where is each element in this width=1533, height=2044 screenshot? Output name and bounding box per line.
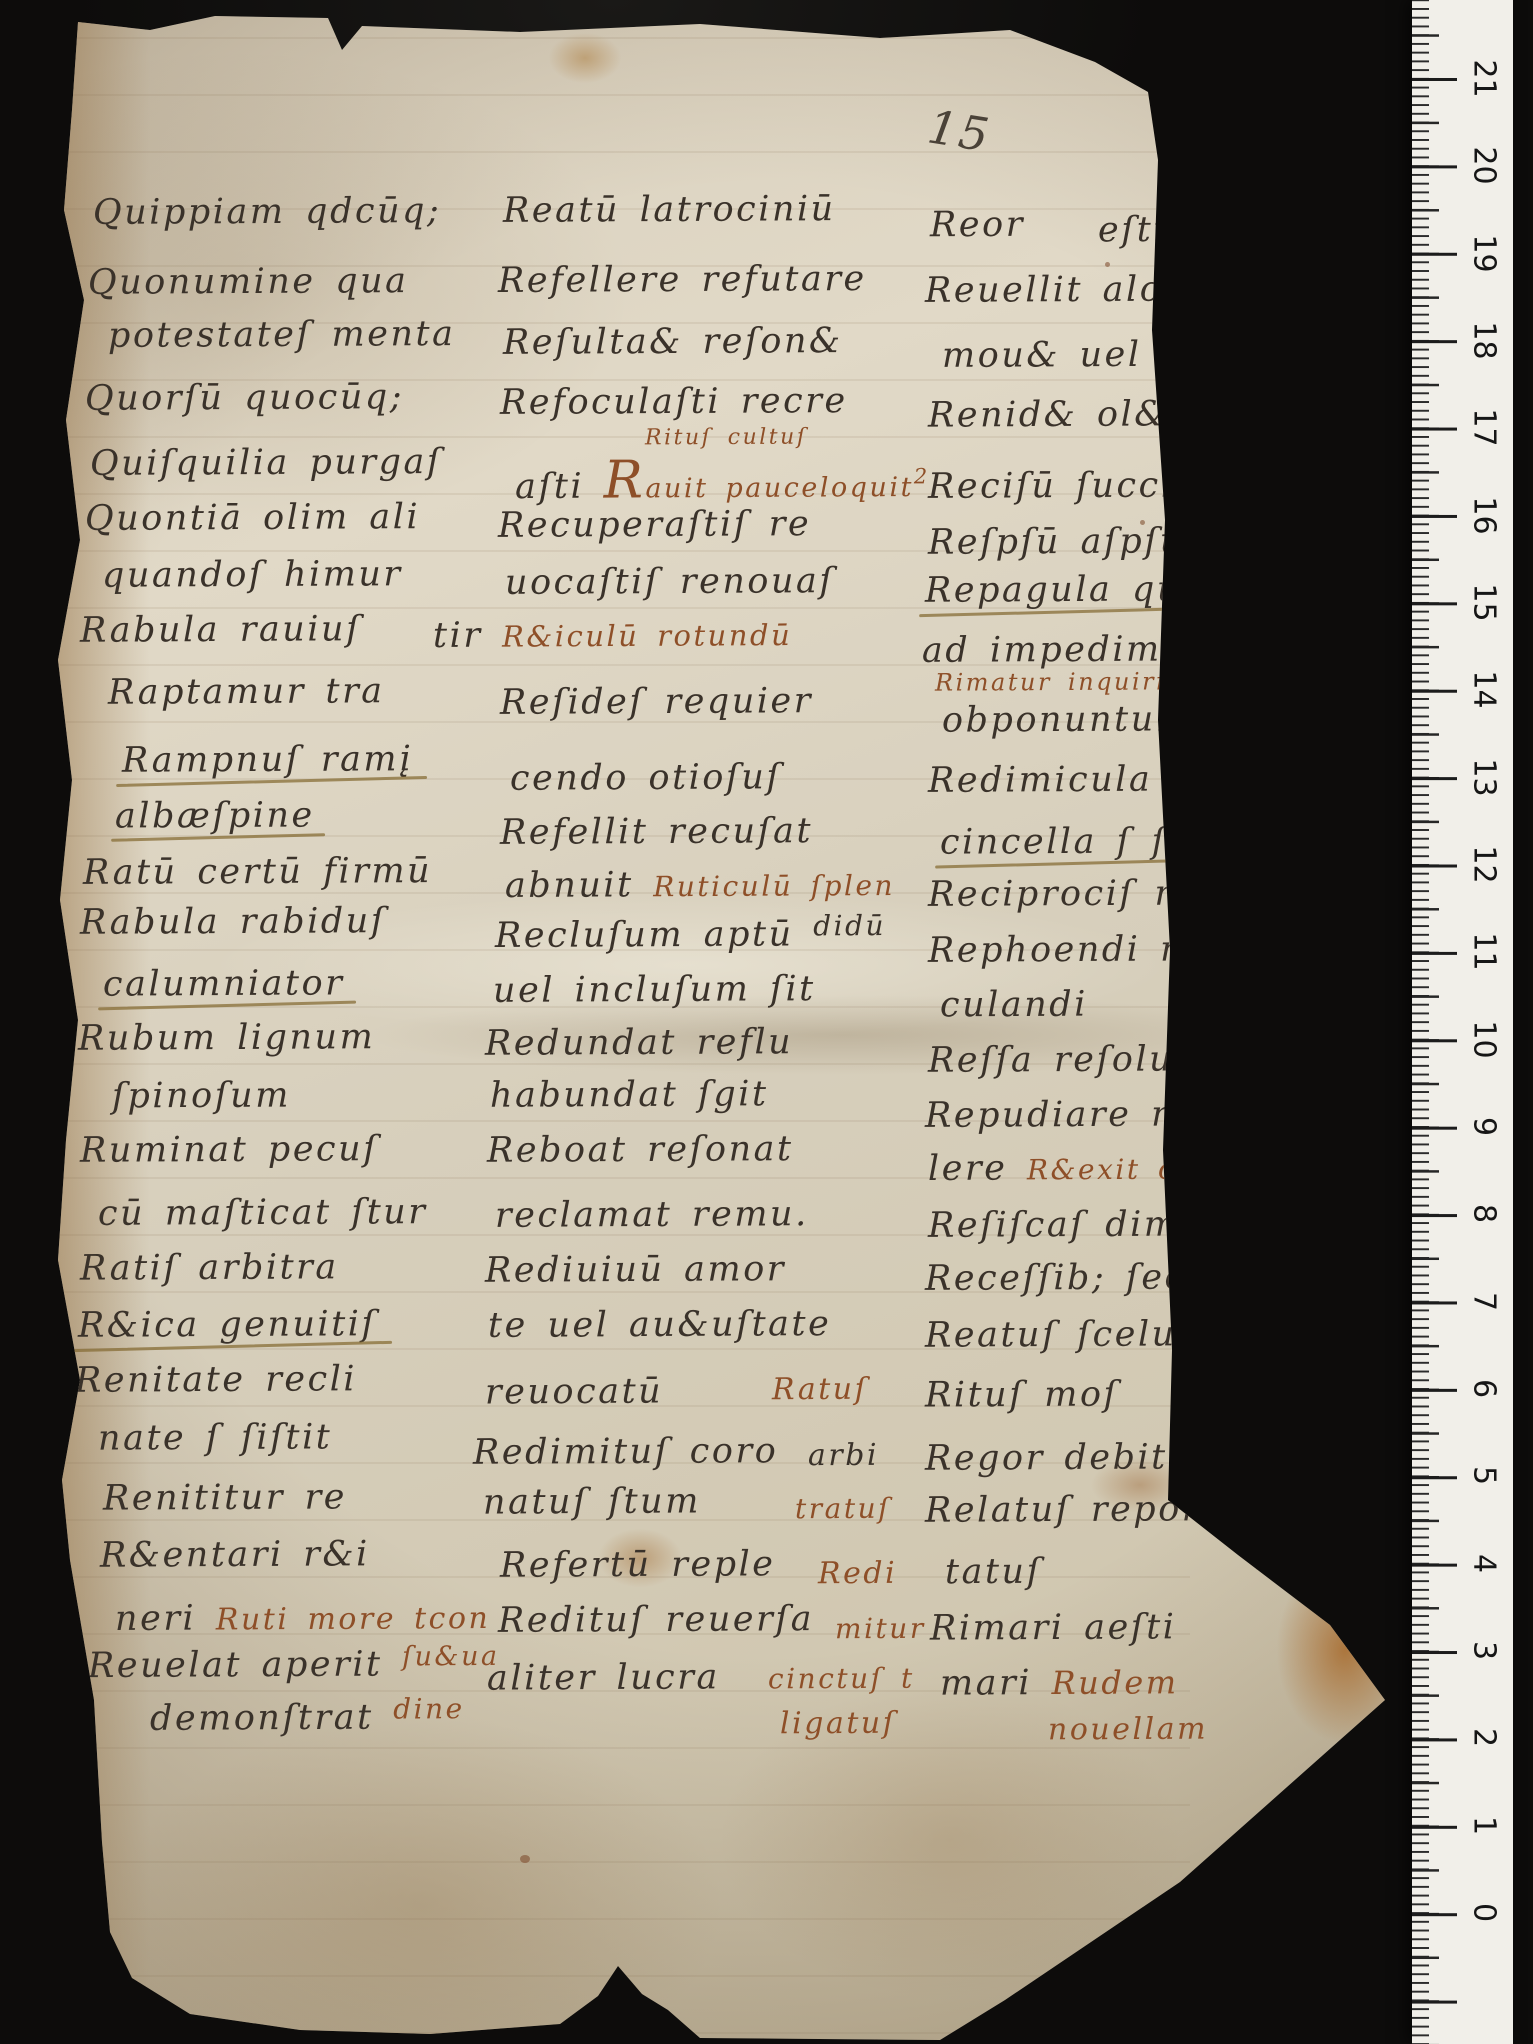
manuscript-text-line: Redimituſ coro [473, 1431, 778, 1473]
manuscript-text-line: reclamat remu. [495, 1194, 809, 1236]
ruler-number: 10 [1467, 1020, 1502, 1060]
manuscript-text-segment: Rimari aeſti [930, 1607, 1177, 1648]
manuscript-text-segment: arbi [808, 1438, 879, 1473]
ruler-number: 14 [1467, 670, 1502, 710]
manuscript-text-segment: obponuntur [942, 699, 1175, 740]
manuscript-text-segment: quandoſ himur [102, 554, 403, 596]
manuscript-text-line: Ruminat pecuſ [80, 1129, 379, 1171]
manuscript-text-segment: Refellere refutare [498, 259, 867, 301]
manuscript-text-segment: Renid& ol& [928, 394, 1168, 435]
manuscript-text-segment: Reuellit aloco re [925, 269, 1271, 311]
manuscript-text-segment: Reuelat aperit [88, 1644, 402, 1686]
manuscript-text-segment: Quippiam qdcūq; [93, 191, 441, 233]
manuscript-text-segment: culandi [940, 985, 1088, 1026]
stain-speck [1212, 905, 1219, 911]
manuscript-text-line: Refertū reple [500, 1544, 776, 1585]
manuscript-text-segment: Raptamur tra [108, 671, 385, 712]
ruler-number: 0 [1467, 1893, 1502, 1933]
manuscript-text-line: habundat ſgit [490, 1074, 769, 1115]
stain-speck [1247, 1312, 1255, 1319]
manuscript-text-line: Reor [930, 205, 1025, 245]
manuscript-text-segment: Repagula quae [925, 569, 1229, 611]
ruler-number: 20 [1467, 146, 1502, 186]
manuscript-text-line: Reboat reſonat [487, 1129, 794, 1171]
manuscript-text-segment: Reboat reſonat [487, 1129, 794, 1171]
manuscript-text-segment: Quontiā olim ali [85, 497, 420, 539]
manuscript-text-line: Reſulta& reſon& [503, 321, 843, 363]
manuscript-text-line: nouellam [1048, 1712, 1208, 1748]
manuscript-text-line: Reſiſcaſ dimittaſ [928, 1204, 1265, 1246]
manuscript-text-line: Ratū certū firmū [83, 851, 432, 893]
manuscript-text-segment: eſtimo [1098, 210, 1226, 251]
manuscript-text-segment: neri [115, 1598, 216, 1639]
manuscript-text-line: Rituſ moſ [925, 1374, 1119, 1415]
manuscript-text-line: Receſſib; ſecr&iſ [925, 1257, 1269, 1299]
manuscript-text-line: Renid& ol& [928, 394, 1168, 435]
manuscript-text-segment: Quonumine qua [88, 261, 409, 303]
manuscript-text-segment: Rudem [1052, 1663, 1179, 1702]
ruler-number: 3 [1467, 1631, 1502, 1671]
manuscript-text-segment: Regor debitor [925, 1437, 1211, 1478]
manuscript-text-segment: albæſpine [115, 795, 315, 836]
manuscript-text-segment: te uel au&uſtate [488, 1304, 831, 1346]
manuscript-text-segment: cendo otioſuſ [510, 757, 782, 798]
manuscript-text-segment: Redimituſ coro [473, 1431, 778, 1473]
manuscript-text-segment: Reciſū ſucciſum [928, 465, 1251, 507]
manuscript-text-line: Ratuſ [772, 1372, 868, 1408]
manuscript-text-line: quandoſ himur [102, 554, 403, 596]
manuscript-page: 15 Quippiam qdcūq;Quonumine quapotestate… [0, 0, 1533, 2044]
folio-number: 15 [924, 99, 994, 162]
manuscript-text-line: uel incluſum ſit [493, 969, 816, 1011]
manuscript-text-line: arbi [808, 1438, 879, 1473]
manuscript-text-line: Rimatur inquirit [935, 667, 1179, 696]
manuscript-text-line: Redituſ reuerſa [498, 1599, 814, 1641]
ruler-number: 7 [1467, 1282, 1502, 1322]
ruler-number: 2 [1467, 1718, 1502, 1758]
manuscript-text-line: Repudiare repel [925, 1094, 1256, 1136]
manuscript-text-segment: Rabula rabiduſ [80, 901, 386, 943]
manuscript-text-segment: habundat ſgit [490, 1074, 769, 1115]
manuscript-text-segment: tatuſ [945, 1552, 1042, 1593]
manuscript-text-line: reuocatū [485, 1372, 663, 1413]
ruler-number: 18 [1467, 321, 1502, 361]
ruler: 2120191817161514131211109876543210 [1412, 0, 1513, 2044]
manuscript-text-line: Reatuſ ſceluſ [925, 1314, 1192, 1355]
manuscript-text-segment: Redundat reflu [485, 1022, 793, 1064]
manuscript-text-segment: reuocatū [485, 1372, 663, 1413]
manuscript-text-segment: uel incluſum ſit [493, 969, 816, 1011]
ruler-number: 21 [1467, 59, 1502, 99]
ruler-number: 15 [1467, 583, 1502, 623]
manuscript-text-line: te uel au&uſtate [488, 1304, 831, 1346]
manuscript-text-segment: R [604, 450, 646, 510]
manuscript-text-segment: Rimatur inquirit [935, 667, 1179, 696]
manuscript-text-line: Rimari aeſti [930, 1607, 1177, 1648]
manuscript-text-line: Redi [818, 1556, 897, 1591]
manuscript-text-segment: nouellam [1048, 1712, 1208, 1748]
manuscript-text-line: aſti Rauit pauceloquit2 [515, 449, 930, 511]
manuscript-text-line: uocaſtiſ renouaſ [505, 561, 835, 603]
manuscript-text-segment: tir [433, 616, 502, 656]
manuscript-text-segment: Ratiſ arbitra [80, 1247, 339, 1288]
manuscript-text-segment: ad impedimenta [922, 629, 1250, 671]
ruler-ticks-cm [1412, 0, 1457, 2044]
manuscript-text-segment: demonſtrat [150, 1698, 393, 1739]
manuscript-text-line: Reciſū ſucciſum [928, 465, 1251, 507]
manuscript-text-segment: Reſulta& reſon& [503, 321, 843, 363]
manuscript-text-segment: Refellit recuſat [500, 811, 813, 853]
manuscript-text-segment: Reſſa reſoluta [928, 1039, 1214, 1080]
manuscript-text-line: tir R&iculū rotundū [433, 614, 792, 656]
manuscript-text-line: neri Ruti more tcon [115, 1597, 491, 1639]
manuscript-text-segment: uocaſtiſ renouaſ [505, 561, 835, 603]
ruler-number: 1 [1467, 1806, 1502, 1846]
manuscript-text-line: Renitate recli [75, 1359, 357, 1400]
manuscript-text-segment: Reatuſ ſceluſ [925, 1314, 1192, 1355]
manuscript-text-line: Raptamur tra [108, 671, 385, 712]
manuscript-text-segment: Rituſ moſ [925, 1374, 1119, 1415]
manuscript-text-segment: ſu&ua [402, 1641, 500, 1673]
ruler-number: 13 [1467, 758, 1502, 798]
manuscript-text-line: Rampnuſ ramį [122, 739, 413, 781]
manuscript-text-line: ſpinoſum [112, 1076, 291, 1117]
manuscript-text-line: Reſideſ requier [500, 681, 813, 723]
manuscript-text-line: Reatū latrociniū [503, 189, 836, 231]
manuscript-text-segment: Reor [930, 205, 1025, 245]
manuscript-text-line: Rituſ cultuſ [645, 425, 808, 451]
manuscript-text-line: natuſ ſtum [483, 1481, 701, 1522]
manuscript-text-segment: potestateſ menta [108, 314, 456, 356]
stain-speck [520, 1855, 530, 1863]
ruler-number: 4 [1467, 1544, 1502, 1584]
manuscript-text-segment: Refertū reple [500, 1544, 776, 1585]
manuscript-text-segment: Reſpſū aſpſum [928, 521, 1221, 563]
vertical-guide [1256, 170, 1258, 1570]
ruler-number: 19 [1467, 234, 1502, 274]
manuscript-text-line: Rabula rabiduſ [80, 901, 386, 943]
manuscript-text-segment: Refoculaſti recre [500, 381, 848, 423]
manuscript-text-segment: aſti [515, 467, 604, 507]
manuscript-text-line: Quonumine qua [88, 261, 409, 303]
manuscript-text-line: cinctuſ t [768, 1662, 915, 1696]
manuscript-text-line: Quorſū quocūq; [85, 377, 404, 419]
manuscript-text-segment: cinctuſ t [768, 1662, 915, 1696]
manuscript-text-line: Reſpſū aſpſum [928, 521, 1221, 563]
manuscript-text-line: Reciprociſ remiſ [928, 873, 1262, 915]
manuscript-text-segment: Receſſib; ſecr&iſ [925, 1257, 1269, 1299]
manuscript-text-segment: R&exit oſtendit [1027, 1152, 1289, 1186]
stain-speck [1105, 262, 1110, 267]
manuscript-text-segment: nate ſ ſiſtit [98, 1417, 333, 1458]
manuscript-text-line: albæſpine [115, 795, 315, 836]
manuscript-text-segment: dine [393, 1692, 465, 1725]
manuscript-text-line: Refoculaſti recre [500, 381, 848, 423]
manuscript-text-line: tratuſ [795, 1492, 891, 1526]
manuscript-text-segment: Renitate recli [75, 1359, 357, 1400]
manuscript-text-line: obponuntur [942, 699, 1175, 740]
manuscript-text-segment: Rampnuſ ramį [122, 739, 413, 781]
manuscript-text-segment: cū maſticat ſtur [98, 1192, 428, 1234]
manuscript-text-segment: lere [928, 1148, 1027, 1189]
manuscript-text-line: ad impedimenta [922, 629, 1250, 671]
manuscript-text-segment: Redimicula auri [928, 759, 1253, 801]
manuscript-text-line: Rubum lignum [78, 1017, 375, 1059]
ruler-number: 16 [1467, 496, 1502, 536]
manuscript-text-line: Quippiam qdcūq; [93, 191, 441, 233]
manuscript-text-line: Relatuſ repor [925, 1489, 1201, 1530]
manuscript-text-segment: Ruti more tcon [216, 1601, 491, 1637]
manuscript-text-line: abnuit Ruticulū ſplen [505, 864, 895, 906]
manuscript-text-segment: Quorſū quocūq; [85, 377, 404, 419]
manuscript-text-segment: Reſideſ requier [500, 681, 813, 723]
manuscript-text-segment: Redi [818, 1556, 897, 1591]
manuscript-text-line: tatuſ [945, 1552, 1042, 1593]
manuscript-text-line: ligatuſ [780, 1706, 896, 1742]
manuscript-text-segment: reclamat remu. [495, 1194, 809, 1236]
manuscript-text-segment: mitur [835, 1612, 926, 1645]
manuscript-text-line: calumniator [103, 963, 345, 1004]
manuscript-text-segment: ſpinoſum [112, 1076, 291, 1117]
manuscript-text-line: lere R&exit oſtendit [928, 1147, 1289, 1189]
manuscript-text-line: Reuelat aperit ſu&ua [88, 1644, 500, 1686]
manuscript-text-segment: Recuperaſtiſ re [498, 504, 811, 546]
manuscript-text-segment: Rediuiuū amor [485, 1249, 786, 1291]
manuscript-text-segment: Repudiare repel [925, 1094, 1256, 1136]
manuscript-text-segment: Reciprociſ remiſ [928, 873, 1262, 915]
manuscript-text-segment: auit pauceloquit [645, 472, 914, 504]
manuscript-text-line: Quiſquilia purgaſ [90, 442, 443, 484]
manuscript-text-segment: Ratuſ [772, 1372, 868, 1408]
manuscript-text-line: R&ica genuitiſ [78, 1304, 377, 1346]
manuscript-text-line: potestateſ menta [108, 314, 456, 356]
manuscript-text-line: R&entari r&i [100, 1534, 370, 1575]
manuscript-text-line: Renititur re [103, 1477, 347, 1518]
manuscript-text-line: Rediuiuū amor [485, 1249, 786, 1291]
manuscript-text-line: Regor debitor [925, 1437, 1211, 1478]
ruler-number: 9 [1467, 1107, 1502, 1147]
manuscript-text-segment: R&entari r&i [100, 1534, 370, 1575]
manuscript-text-line: cendo otioſuſ [510, 757, 782, 798]
manuscript-text-segment: aliter lucra [487, 1657, 720, 1698]
manuscript-text-line: Rephoendi reſo [928, 929, 1242, 971]
manuscript-text-line: Ratiſ arbitra [80, 1247, 339, 1288]
manuscript-text-segment: mari [940, 1663, 1052, 1704]
manuscript-text-segment: Reſiſcaſ dimittaſ [928, 1204, 1265, 1246]
ruler-number: 11 [1467, 932, 1502, 972]
manuscript-text-line: Refellere refutare [498, 259, 867, 301]
manuscript-text-line: demonſtrat dine [150, 1697, 465, 1739]
ruler-number: 5 [1467, 1456, 1502, 1496]
ruler-number: 17 [1467, 408, 1502, 448]
manuscript-text-segment: Rubum lignum [78, 1017, 375, 1059]
manuscript-text-segment: ligatuſ [780, 1706, 896, 1742]
manuscript-text-segment: Quiſquilia purgaſ [90, 442, 443, 484]
manuscript-text-line: Quontiā olim ali [85, 497, 420, 539]
manuscript-text-segment: didū [813, 909, 886, 942]
manuscript-text-line: Rabula rauiuſ [80, 609, 362, 650]
manuscript-text-segment: Redituſ reuerſa [498, 1599, 814, 1641]
manuscript-text-segment: R&ica genuitiſ [78, 1304, 377, 1346]
manuscript-text-line: mou& uel euellit [942, 334, 1290, 376]
ruler-number: 6 [1467, 1369, 1502, 1409]
manuscript-text-segment: tratuſ [795, 1492, 891, 1526]
manuscript-text-line: Recluſum aptū didū [495, 914, 886, 956]
manuscript-text-segment: Rabula rauiuſ [80, 609, 362, 650]
stain-speck [1288, 1478, 1297, 1486]
manuscript-text-line: Reuellit aloco re [925, 269, 1271, 311]
manuscript-text-segment: Rituſ cultuſ [645, 425, 808, 451]
manuscript-text-line: cū maſticat ſtur [98, 1192, 428, 1234]
manuscript-text-line: cincella ſ ſiſ [940, 821, 1196, 862]
manuscript-text-line: mitur [835, 1612, 926, 1645]
manuscript-text-segment: Renititur re [103, 1477, 347, 1518]
manuscript-text-segment: Recluſum aptū [495, 914, 813, 956]
manuscript-text-segment: mou& uel euellit [942, 334, 1290, 376]
manuscript-text-line: Refellit recuſat [500, 811, 813, 853]
manuscript-text-line: Repagula quae [925, 569, 1229, 611]
ruler-number: 12 [1467, 845, 1502, 885]
manuscript-text-line: Recuperaſtiſ re [498, 504, 811, 546]
manuscript-text-segment: calumniator [103, 963, 345, 1004]
manuscript-text-segment: natuſ ſtum [483, 1481, 701, 1522]
manuscript-text-segment: cincella ſ ſiſ [940, 821, 1196, 862]
manuscript-text-line: Reſſa reſoluta [928, 1039, 1214, 1080]
manuscript-text-segment: Ratū certū firmū [83, 851, 432, 893]
manuscript-text-segment: Reatū latrociniū [503, 189, 836, 231]
photo-backdrop: 15 Quippiam qdcūq;Quonumine quapotestate… [0, 0, 1533, 2044]
manuscript-text-segment: R&iculū rotundū [502, 618, 792, 654]
manuscript-text-segment: Relatuſ repor [925, 1489, 1201, 1530]
manuscript-text-segment: Ruminat pecuſ [80, 1129, 379, 1171]
manuscript-text-line: eſtimo [1098, 210, 1226, 251]
manuscript-text-line: Redimicula auri [928, 759, 1253, 801]
manuscript-text-line: nate ſ ſiſtit [98, 1417, 333, 1458]
manuscript-text-line: mari Rudem [940, 1662, 1179, 1703]
manuscript-text-line: Redundat reflu [485, 1022, 793, 1064]
manuscript-text-line: culandi [940, 985, 1088, 1026]
ruler-number: 8 [1467, 1194, 1502, 1234]
manuscript-text-segment: abnuit [505, 865, 653, 906]
manuscript-text-line: aliter lucra [487, 1657, 720, 1698]
manuscript-text-segment: Rephoendi reſo [928, 929, 1242, 971]
manuscript-text-segment: Ruticulū ſplen [653, 869, 895, 903]
